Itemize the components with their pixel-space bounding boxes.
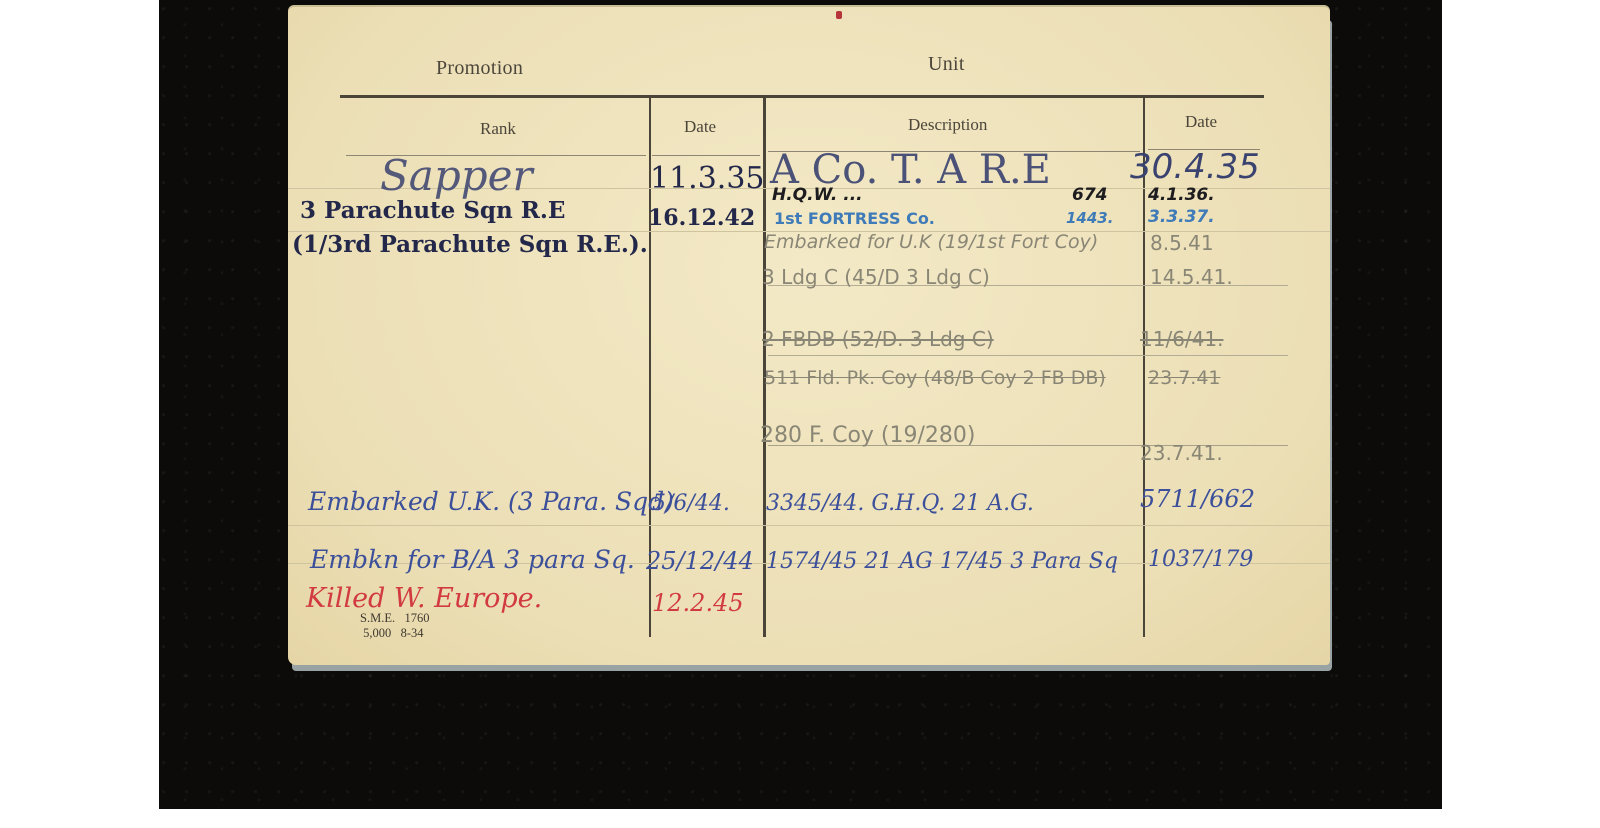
description-header: Description — [908, 115, 987, 135]
promotion-date-header: Date — [684, 117, 716, 137]
unit-date: 1037/179 — [1148, 547, 1253, 572]
rank-entry: Sapper — [380, 151, 533, 200]
unit-description: 280 F. Coy (19/280) — [760, 423, 976, 448]
printer-mark-line2-right: 8-34 — [401, 626, 424, 640]
date-underline — [652, 155, 760, 156]
rank-entry: (1/3rd Parachute Sqn R.E.). — [292, 231, 648, 258]
unit-date: 11/6/41. — [1140, 327, 1223, 351]
promotion-date: 11.3.35 — [650, 161, 765, 196]
unit-date-header: Date — [1185, 112, 1217, 132]
unit-date: 30.4.35 — [1130, 147, 1260, 187]
unit-header: Unit — [928, 53, 965, 76]
rank-entry: 3 Parachute Sqn R.E — [300, 197, 565, 224]
unit-description: 3345/44. G.H.Q. 21 A.G. — [766, 491, 1034, 516]
unit-date: 14.5.41. — [1150, 265, 1233, 289]
unit-ref: 674 — [1072, 185, 1108, 205]
header-rule — [340, 95, 1264, 98]
unit-description: H.Q.W. ... — [772, 185, 863, 205]
promotion-date: 25/12/44 — [646, 547, 754, 575]
printer-mark-line1-left: S.M.E. — [360, 611, 395, 625]
unit-date: 4.1.36. — [1148, 185, 1215, 205]
guide-line — [768, 355, 1288, 356]
unit-description: 3 Ldg C (45/D 3 Ldg C) — [762, 265, 990, 289]
promotion-date: 5/6/44. — [652, 491, 730, 516]
service-record-card: Promotion Unit Rank Date Description Dat… — [288, 5, 1330, 665]
unit-date: 8.5.41 — [1150, 231, 1214, 255]
rank-entry: Embkn for B/A 3 para Sq. — [310, 545, 635, 574]
unit-description: 1574/45 21 AG 17/45 3 Para Sq — [766, 549, 1118, 574]
red-ink-mark — [836, 11, 842, 19]
unit-date: 23.7.41. — [1140, 441, 1223, 465]
killed-date: 12.2.45 — [652, 589, 744, 617]
promotion-date: 16.12.42 — [648, 205, 755, 231]
unit-date: 3.3.37. — [1148, 207, 1215, 227]
unit-description: 1st FORTRESS Co. — [774, 209, 935, 228]
unit-description: Embarked for U.K (19/1st Fort Coy) — [764, 231, 1098, 253]
unit-description: 2 FBDB (52/D. 3 Ldg C) — [762, 327, 994, 351]
unit-ref: 1443. — [1066, 209, 1113, 227]
promotion-header: Promotion — [436, 57, 523, 80]
printer-mark-line1-right: 1760 — [404, 611, 429, 625]
rank-header: Rank — [480, 119, 516, 139]
guide-line — [288, 525, 1330, 526]
unit-date: 5711/662 — [1140, 485, 1255, 513]
printer-mark-line2-left: 5,000 — [363, 626, 391, 640]
killed-entry: Killed W. Europe. — [306, 583, 542, 614]
unit-date: 23.7.41 — [1148, 367, 1221, 389]
unit-description: 511 Fld. Pk. Coy (48/B Coy 2 FB DB) — [764, 367, 1106, 389]
printer-mark: S.M.E. 1760 5,000 8-34 — [360, 611, 429, 641]
rank-entry: Embarked U.K. (3 Para. Sqd) — [308, 487, 674, 516]
